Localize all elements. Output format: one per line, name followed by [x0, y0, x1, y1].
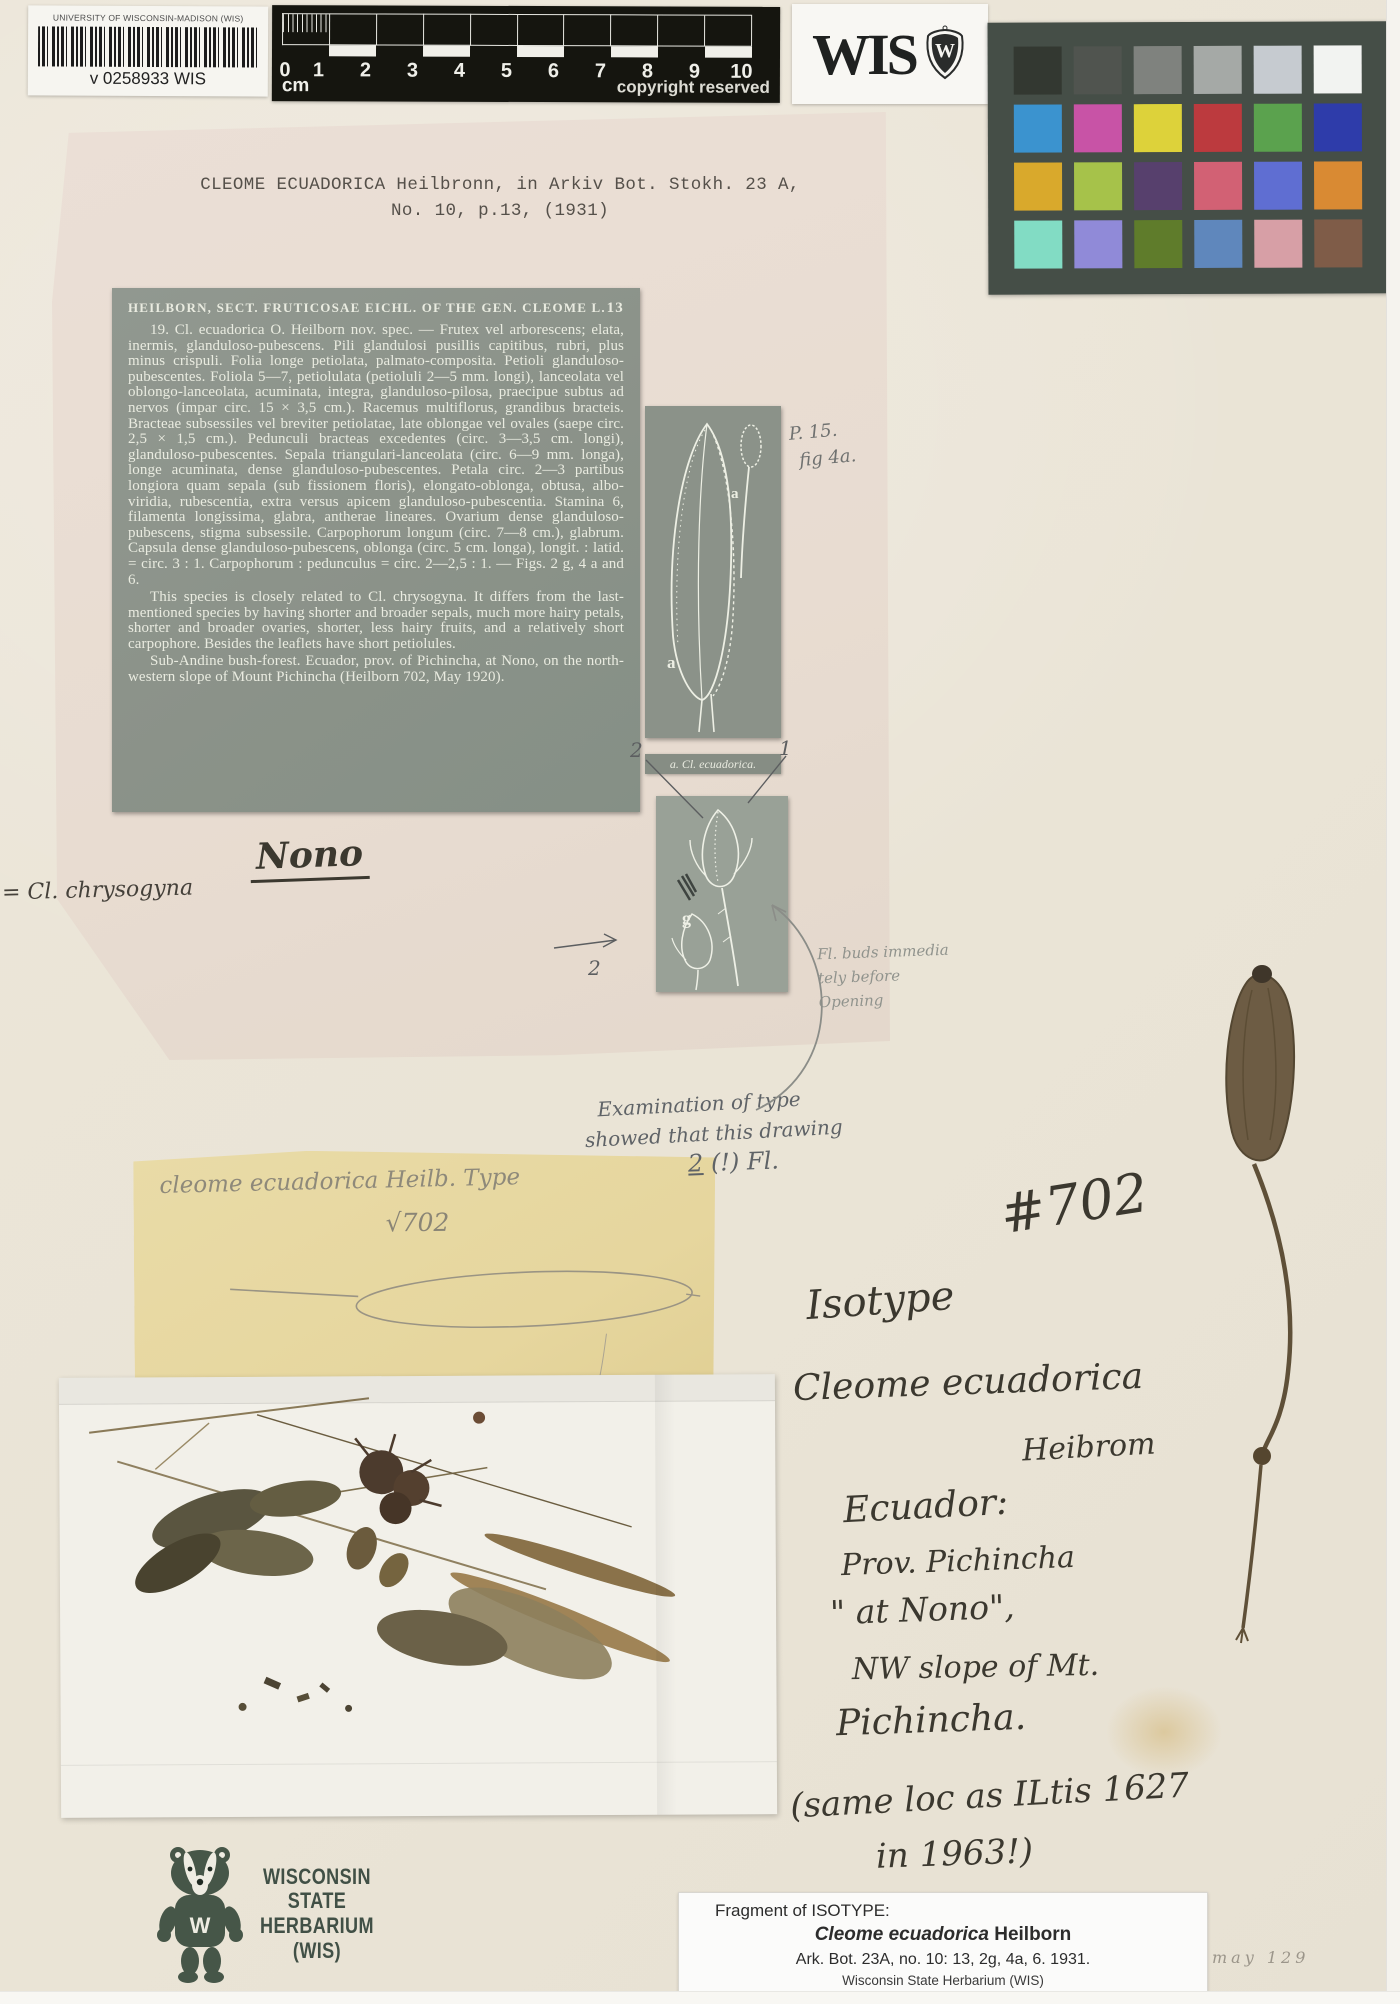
copyright-text: copyright reserved — [617, 77, 770, 98]
svg-text:W: W — [190, 1913, 211, 1938]
flower-bud-illustration: g — [656, 796, 788, 992]
color-swatch — [1074, 46, 1122, 94]
color-swatch — [1314, 161, 1362, 209]
color-swatch — [1194, 104, 1242, 152]
annotation-author: Heibrom — [1021, 1427, 1156, 1469]
ruler-cm-cell — [470, 14, 517, 46]
color-swatch — [1134, 46, 1182, 94]
ruler-tick-label: 5 — [483, 60, 530, 83]
annotation-same-loc-line2: in 1963!) — [875, 1831, 1033, 1876]
ruler-band — [282, 13, 752, 47]
wis-logo-label: WIS W — [792, 4, 988, 104]
packet-fold-right — [655, 1375, 677, 1815]
color-swatch — [1014, 46, 1062, 94]
annotation-nono: Nono — [249, 832, 370, 883]
annotation-same-loc-line1: (same loc as ILtis 1627 — [789, 1766, 1190, 1827]
excerpt-paragraph: Sub-Andine bush-forest. Ecuador, prov. o… — [128, 654, 624, 685]
fragment-isotype-label: Fragment of ISOTYPE: Cleome ecuadorica H… — [678, 1892, 1208, 1999]
fragment-packet — [59, 1374, 777, 1818]
badger-mascot-icon: W — [148, 1839, 252, 1989]
ruler-strip-cell — [658, 46, 705, 57]
color-swatch — [1254, 220, 1302, 268]
ruler-cm-cell — [329, 13, 376, 45]
ruler-tick-label: 4 — [436, 60, 483, 83]
running-head: HEILBORN, SECT. FRUTICOSAE EICHL. OF THE… — [128, 300, 624, 317]
fragment-label-herbarium: Wisconsin State Herbarium (WIS) — [693, 1973, 1193, 1988]
pod-stalk — [1254, 1164, 1290, 1450]
svg-text:a: a — [667, 653, 676, 672]
color-swatch — [1314, 103, 1362, 151]
color-swatch — [1074, 162, 1122, 210]
color-swatch — [1254, 104, 1302, 152]
color-swatch — [1194, 162, 1242, 210]
ruler-strip-cell — [611, 46, 658, 57]
typed-determination-label: CLEOME ECUADORICA Heilbronn, in Arkiv Bo… — [160, 172, 840, 225]
ruler-cm-cell — [610, 14, 657, 46]
annotation-country: Ecuador: — [842, 1482, 1009, 1532]
excerpt-paragraph: This species is closely related to Cl. c… — [128, 590, 624, 652]
arrow-label-2: 2 — [588, 956, 601, 980]
paper-stain — [1106, 1686, 1222, 1778]
annotation-chrysogyna: = Cl. chrysogyna — [2, 876, 194, 906]
seed-pod — [1226, 975, 1294, 1161]
color-card-grid — [1014, 45, 1363, 268]
color-swatch — [1134, 162, 1182, 210]
leaf-illustration: a a — [645, 406, 781, 738]
color-calibration-card — [988, 21, 1389, 294]
color-swatch — [1074, 104, 1122, 152]
color-swatch — [1194, 220, 1242, 268]
figure-caption: a. Cl. ecuadorica. — [645, 754, 781, 774]
color-swatch — [1014, 104, 1062, 152]
barcode-icon — [38, 26, 258, 67]
excerpt-paragraphs: 19. Cl. ecuadorica O. Heilborn nov. spec… — [128, 323, 624, 686]
ruler-strip-cell — [423, 46, 470, 57]
institution-name: UNIVERSITY OF WISCONSIN-MADISON (WIS) — [28, 12, 268, 23]
annotation-examination-note-fl: 2 (!) Fl. — [688, 1146, 780, 1177]
ruler-cm-cell — [704, 15, 752, 47]
color-swatch — [1134, 220, 1182, 268]
fragment-label-species: Cleome ecuadorica Heilborn — [693, 1924, 1193, 1946]
ruler-strip-cell — [329, 45, 376, 56]
annotation-fl-buds: Fl. buds immedia tely before Opening — [817, 938, 951, 1015]
herbarium-stamp: W WISCONSIN STATE HERBARIUM (WIS) — [148, 1828, 418, 2000]
ruler-strip-cell — [517, 46, 564, 57]
color-swatch — [1074, 220, 1122, 268]
wis-logo-text: WIS — [812, 21, 916, 88]
color-swatch — [1194, 46, 1242, 94]
fragment-label-citation: Ark. Bot. 23A, no. 10: 13, 2g, 4a, 6. 19… — [693, 1951, 1193, 1969]
ruler-cm-cell — [376, 13, 423, 45]
figure-buds-photo: g — [656, 796, 788, 992]
ruler-tick-label: 3 — [389, 60, 436, 83]
callout-2: 2 — [630, 738, 643, 762]
color-swatch — [1014, 162, 1062, 210]
ruler-unit: cm — [282, 75, 310, 97]
callout-1: 1 — [779, 736, 792, 760]
scale-bar: 012345678910 cm copyright reserved — [272, 5, 780, 103]
scan-edge-right — [1386, 0, 1400, 2004]
herbarium-sheet: UNIVERSITY OF WISCONSIN-MADISON (WIS) v … — [0, 0, 1400, 2004]
ruler-cm-cell — [282, 13, 329, 45]
ruler-strip-cell — [705, 47, 752, 58]
svg-text:W: W — [935, 40, 955, 62]
stamp-text: WISCONSIN STATE HERBARIUM (WIS) — [260, 1865, 374, 1964]
scan-edge-bottom — [0, 1991, 1400, 2004]
color-swatch — [1314, 45, 1362, 93]
ruler-cm-cell — [423, 14, 470, 46]
color-swatch — [1254, 46, 1302, 94]
color-swatch — [1254, 162, 1302, 210]
ruler-cm-cell — [517, 14, 564, 46]
page-number: 13 — [607, 300, 624, 317]
annotation-collection-number: #702 — [996, 1161, 1152, 1246]
barcode-number: v 0258933 WIS — [28, 68, 268, 89]
annotation-slope: NW slope of Mt. — [852, 1648, 1100, 1687]
annotation-fig-ref: P. 15. fig 4a. — [788, 415, 858, 474]
annotation-mountain: Pichincha. — [835, 1697, 1026, 1745]
running-head-text: HEILBORN, SECT. FRUTICOSAE EICHL. OF THE… — [128, 300, 606, 317]
annotation-species-name: Cleome ecuadorica — [792, 1356, 1143, 1409]
ruler-tick-label: 6 — [530, 60, 577, 83]
type-slip: cleome ecuadorica Heilb. Type √702 — [133, 1148, 717, 1390]
ruler-strip — [282, 45, 752, 58]
annotation-isotype: Isotype — [805, 1273, 956, 1329]
annotation-page-pencil: may 129 — [1212, 1948, 1309, 1967]
annotation-province: Prov. Pichincha — [840, 1540, 1075, 1583]
ruler-strip-cell — [376, 45, 423, 56]
pod-sketch — [133, 1148, 717, 1390]
ruler-strip-cell — [564, 46, 611, 57]
typed-label-line2: No. 10, p.13, (1931) — [160, 198, 840, 224]
ruler-strip-cell — [470, 46, 517, 57]
color-swatch — [1134, 104, 1182, 152]
excerpt-paragraph: 19. Cl. ecuadorica O. Heilborn nov. spec… — [128, 323, 624, 588]
color-swatch — [1014, 220, 1062, 268]
barcode-label: UNIVERSITY OF WISCONSIN-MADISON (WIS) v … — [28, 5, 268, 96]
annotation-locality: " at Nono", — [829, 1587, 1015, 1632]
color-swatch — [1314, 219, 1362, 267]
ruler-cm-cell — [657, 14, 704, 46]
svg-text:a: a — [731, 486, 739, 502]
figure-leaf-photo: a a — [645, 406, 781, 738]
university-crest-icon: W — [922, 24, 968, 84]
ruler-strip-cell — [282, 45, 329, 56]
ruler-tick-label: 2 — [342, 59, 389, 82]
fragment-label-title: Fragment of ISOTYPE: — [715, 1901, 1193, 1921]
typed-label-line1: CLEOME ECUADORICA Heilbronn, in Arkiv Bo… — [160, 172, 840, 198]
annotation-examination-note: Examination of type showed that this dra… — [597, 1082, 844, 1155]
ruler-cm-cell — [563, 14, 610, 46]
publication-excerpt: HEILBORN, SECT. FRUTICOSAE EICHL. OF THE… — [112, 288, 640, 812]
